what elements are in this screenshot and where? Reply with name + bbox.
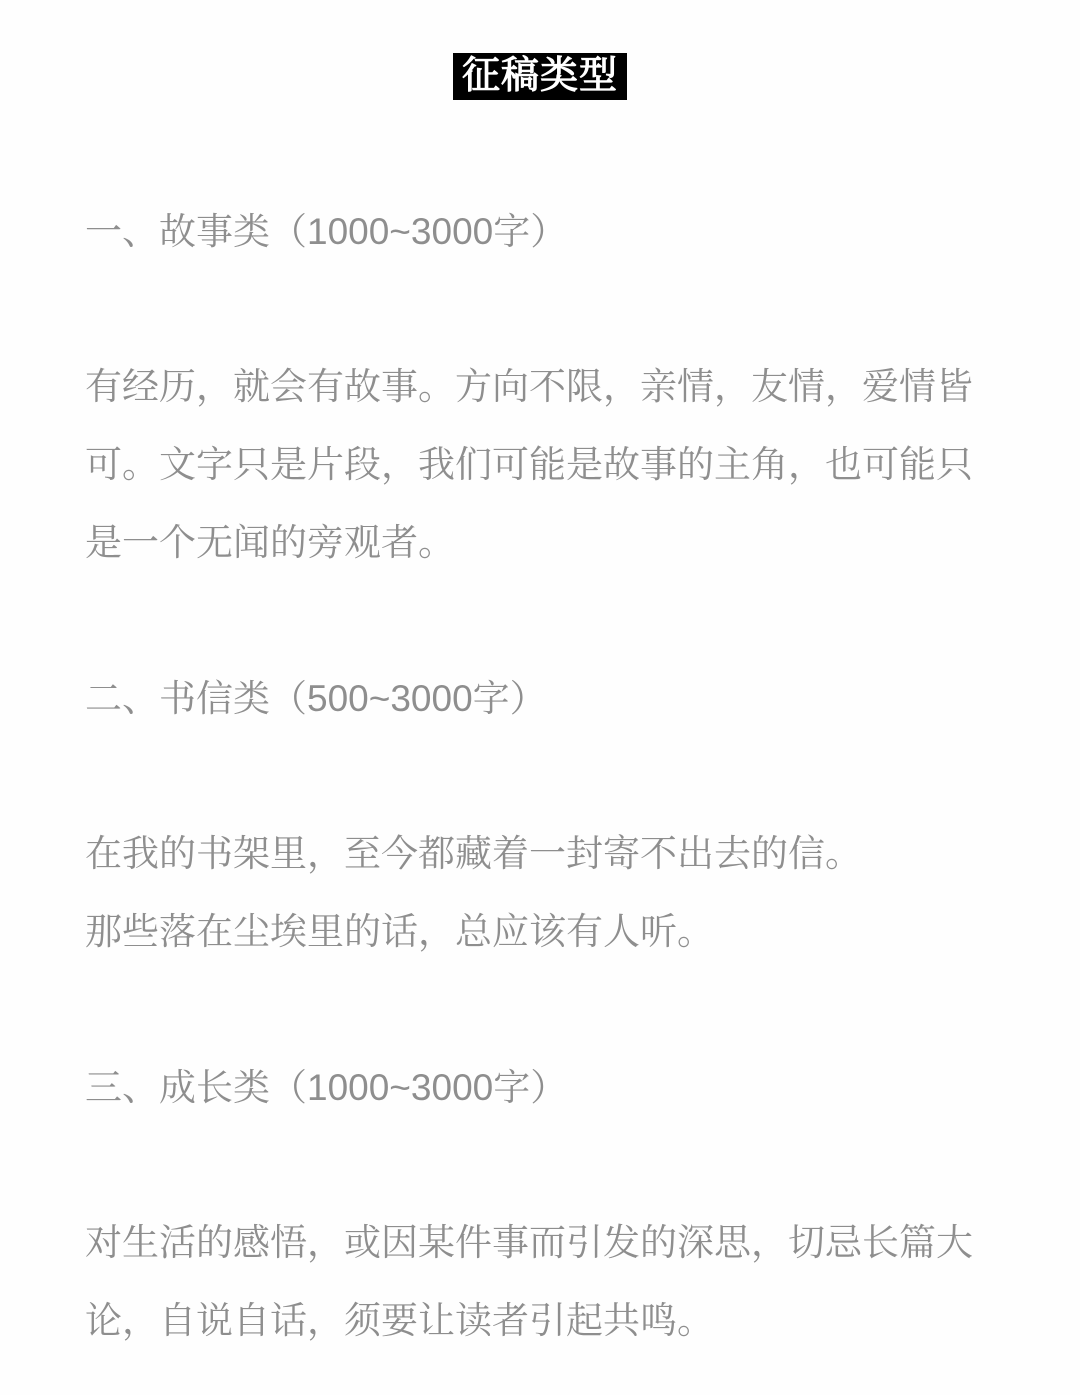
paragraph-line: 对生活的感悟，或因某件事而引发的深思，切忌长篇大 [85, 1204, 995, 1282]
paragraph-line: 在我的书架里，至今都藏着一封寄不出去的信。 [85, 815, 995, 893]
paragraph-line: 有经历，就会有故事。方向不限，亲情，友情，爱情皆 [85, 348, 995, 426]
section-story-paragraph: 有经历，就会有故事。方向不限，亲情，友情，爱情皆 可。文字只是片段，我们可能是故… [85, 348, 995, 582]
section-letter: 二、书信类（500~3000字） 在我的书架里，至今都藏着一封寄不出去的信。 那… [85, 660, 995, 971]
page-title: 征稿类型 [453, 53, 627, 100]
section-growth-paragraph: 对生活的感悟，或因某件事而引发的深思，切忌长篇大 论，自说自话，须要让读者引起共… [85, 1204, 995, 1360]
section-letter-heading: 二、书信类（500~3000字） [85, 660, 995, 738]
section-growth: 三、成长类（1000~3000字） 对生活的感悟，或因某件事而引发的深思，切忌长… [85, 1049, 995, 1360]
title-banner: 征稿类型 [0, 0, 1080, 100]
section-story-heading: 一、故事类（1000~3000字） [85, 193, 995, 271]
paragraph-line: 可。文字只是片段，我们可能是故事的主角，也可能只 [85, 426, 995, 504]
paragraph-line: 是一个无闻的旁观者。 [85, 504, 995, 582]
paragraph-line: 论，自说自话，须要让读者引起共鸣。 [85, 1282, 995, 1360]
paragraph-line: 那些落在尘埃里的话，总应该有人听。 [85, 893, 995, 971]
section-letter-paragraph: 在我的书架里，至今都藏着一封寄不出去的信。 那些落在尘埃里的话，总应该有人听。 [85, 815, 995, 971]
document-page: 征稿类型 一、故事类（1000~3000字） 有经历，就会有故事。方向不限，亲情… [0, 0, 1080, 1395]
document-body: 一、故事类（1000~3000字） 有经历，就会有故事。方向不限，亲情，友情，爱… [85, 193, 995, 1360]
section-growth-heading: 三、成长类（1000~3000字） [85, 1049, 995, 1127]
section-story: 一、故事类（1000~3000字） 有经历，就会有故事。方向不限，亲情，友情，爱… [85, 193, 995, 582]
